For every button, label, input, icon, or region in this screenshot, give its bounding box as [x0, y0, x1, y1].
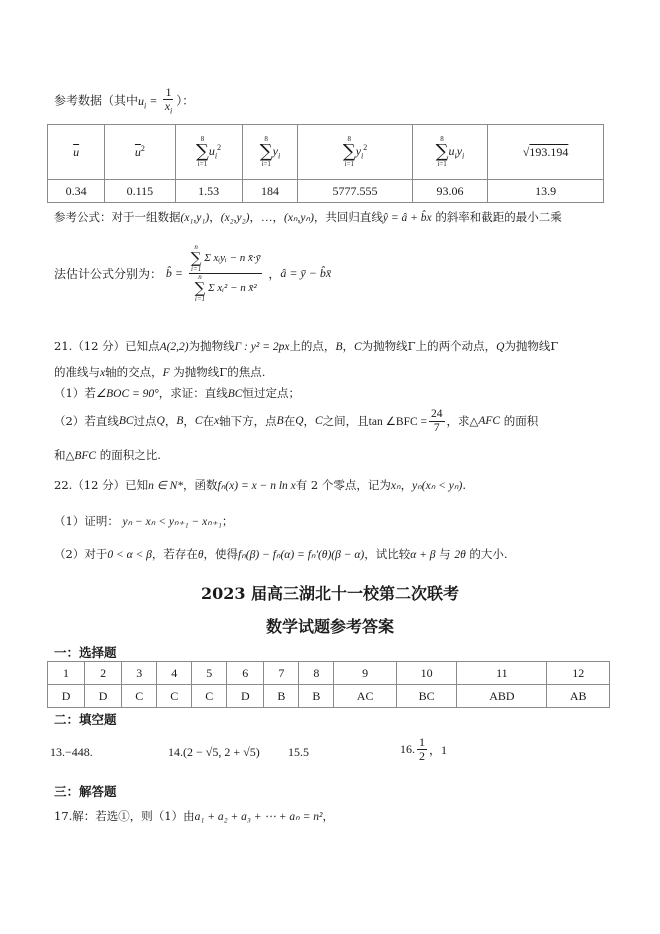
b-hat: b̂ =: [166, 266, 183, 280]
text: ，: [183, 414, 195, 428]
answer-cell: C: [192, 685, 227, 708]
text: 在: [284, 414, 296, 428]
q22-part2: （2）对于0 < α < β，若存在θ，使得fₙ(β) − fₙ(α) = fₙ…: [54, 546, 508, 562]
text: （2）对于: [54, 547, 107, 561]
text: ，求△: [447, 414, 479, 428]
answer-16: 16.12，1: [400, 736, 447, 763]
text: 的面积之比.: [100, 448, 161, 462]
text: 的准线与: [54, 365, 100, 379]
text: ，共回归直线: [314, 210, 383, 224]
sqrt-value: 193.194: [529, 145, 568, 159]
answer-cell: AC: [334, 685, 397, 708]
text: ，: [322, 809, 334, 823]
q21-part1: （1）若∠BOC = 90°，求证：直线BC恒过定点；: [54, 385, 300, 401]
question-number: 4: [157, 662, 192, 685]
text: 法估计公式分别为：: [54, 267, 162, 281]
answer-subtitle: 数学试题参考答案: [0, 614, 660, 637]
value-sum-y: 184: [242, 180, 298, 203]
value-u-bar-squared: 0.115: [105, 180, 175, 203]
solution-17-line: 17.解：若选①，则（1）由a₁ + a₂ + a₃ + ⋯ + aₙ = n²…: [54, 808, 334, 824]
section-multiple-choice-title: 一：选择题: [54, 643, 117, 661]
value-sum-u-squared: 1.53: [175, 180, 242, 203]
answer-cell: D: [85, 685, 122, 708]
answer-cell: BC: [396, 685, 456, 708]
fraction-denominator: 2: [417, 750, 427, 763]
value: ，1: [429, 743, 447, 757]
header-u-bar: u: [48, 125, 105, 180]
text: ，使得: [204, 547, 239, 561]
text: 有 2 个零点，记为: [296, 478, 391, 492]
fraction-numerator: 24: [429, 408, 445, 422]
answer-cell: AB: [547, 685, 610, 708]
table-header-row: u u2 8∑i=1ui2 8∑i=1yi 8∑i=1yi2 8∑i=1uiyi…: [48, 125, 604, 180]
header-sum-y: 8∑i=1yi: [242, 125, 298, 180]
sum-lower: i=1: [437, 161, 446, 168]
question-number-row: 1 2 3 4 5 6 7 8 9 10 11 12: [48, 662, 610, 685]
pair-2: (x₂,y₂): [221, 212, 250, 224]
tan-expression: tan ∠BFC =: [369, 416, 427, 428]
triangle-bfc: BFC: [74, 450, 96, 462]
point-a: A(2,2): [160, 341, 189, 353]
line-bc: BC: [119, 415, 134, 427]
function-def: fₙ(x) = x − n ln x: [218, 480, 296, 492]
angle-condition: ∠BOC = 90°: [96, 388, 159, 400]
q22-number: 22.（12 分）已知: [54, 478, 148, 492]
parabola: Γ : y² = 2px: [235, 341, 290, 353]
question-number: 7: [264, 662, 299, 685]
b-hat-fraction: n∑i=1 Σ xᵢyᵢ − n x̄·ȳ n∑i=1 Σ xᵢ² − n x̄…: [189, 244, 263, 303]
u-definition-fraction: 1xi: [163, 86, 175, 116]
triangle-afc: AFC: [478, 415, 500, 427]
answer-cell: ABD: [457, 685, 547, 708]
pair-1: (x₁,y₁): [181, 212, 210, 224]
answer-15: 15.5: [288, 745, 309, 760]
section-fill-blank-title: 二：填空题: [54, 710, 117, 728]
sum-lower: i=1: [198, 161, 207, 168]
text: .: [462, 478, 466, 492]
text: 轴的交点，: [105, 365, 163, 379]
answer-cell: C: [157, 685, 192, 708]
q21-part2-line2: 和△BFC 的面积之比.: [54, 447, 161, 463]
condition: 0 < α < β: [107, 549, 152, 561]
multiple-choice-answer-table: 1 2 3 4 5 6 7 8 9 10 11 12 D D C C C D B…: [47, 661, 610, 708]
value-sum-uy: 93.06: [412, 180, 487, 203]
regression-equation: ŷ = â + b̂x: [383, 212, 432, 224]
text: 与: [439, 547, 451, 561]
q21-line1: 21.（12 分）已知点A(2,2)为抛物线Γ : y² = 2px上的点，B，…: [54, 338, 558, 354]
q22-part1: （1）证明： yₙ − xₙ < yₙ₊₁ − xₙ₊₁；: [54, 513, 233, 529]
text: 为抛物线Γ: [504, 339, 558, 353]
q21-part2: （2）若直线BC过点Q，B，C在x轴下方，点B在Q，C之间，且tan ∠BFC …: [54, 408, 538, 434]
label-text: 参考数据（其中: [54, 94, 138, 108]
text: 的面积: [504, 414, 539, 428]
reference-formula-line2: 法估计公式分别为： b̂ = n∑i=1 Σ xᵢyᵢ − n x̄·ȳ n∑i…: [54, 244, 331, 303]
pair-n: (xₙ,yₙ): [284, 212, 314, 224]
answer-cell: B: [264, 685, 299, 708]
sum-lower: i=1: [195, 296, 205, 303]
two-theta: 2θ: [454, 549, 465, 561]
value-sqrt: 13.9: [488, 180, 604, 203]
ellipsis: …: [261, 212, 273, 224]
answer-title: 2023 届高三湖北十一校第二次联考: [0, 581, 660, 604]
label-end: ）：: [176, 94, 194, 108]
q21-number: 21.（12 分）已知点: [54, 339, 160, 353]
text: （2）若直线: [54, 414, 119, 428]
text: ，: [304, 414, 316, 428]
mean-value-eq: fₙ(β) − fₙ(α) = fₙ′(θ)(β − α): [238, 549, 364, 561]
question-number: 11: [457, 662, 547, 685]
reference-data-label: 参考数据（其中ui = 1xi）：: [54, 86, 194, 116]
question-number: 9: [334, 662, 397, 685]
sum-equation: a₁ + a₂ + a₃ + ⋯ + aₙ = n²: [195, 811, 323, 823]
header-sum-y-squared: 8∑i=1yi2: [298, 125, 412, 180]
label: 14.: [168, 745, 183, 759]
point-c: C: [315, 415, 323, 427]
text: 过点: [134, 414, 157, 428]
line-bc: BC: [228, 388, 243, 400]
text: 为抛物线: [189, 339, 235, 353]
text: （1）证明：: [54, 514, 119, 528]
sum-lower: i=1: [345, 161, 354, 168]
fraction-numerator: 1: [163, 86, 173, 100]
text: 的斜率和截距的最小二乘: [435, 210, 562, 224]
text: ，: [165, 414, 177, 428]
sum-lower: i=1: [191, 266, 201, 273]
denominator: Σ xᵢ² − n x̄²: [208, 282, 257, 294]
fraction-numerator: 1: [417, 736, 427, 750]
text: ，试比较: [364, 547, 410, 561]
table-value-row: 0.34 0.115 1.53 184 5777.555 93.06 13.9: [48, 180, 604, 203]
question-number: 2: [85, 662, 122, 685]
text: 为抛物线Γ上的两个动点，: [362, 339, 496, 353]
text: 参考公式：对于一组数据: [54, 210, 181, 224]
point-b: B: [277, 415, 284, 427]
text: 和△: [54, 448, 74, 462]
answer-cell: C: [122, 685, 157, 708]
sum-lower: i=1: [261, 161, 270, 168]
text: 为抛物线Γ的焦点.: [173, 365, 265, 379]
text: ，求证：直线: [159, 386, 228, 400]
text: ，函数: [183, 478, 218, 492]
header-u-bar-squared: u2: [105, 125, 175, 180]
fraction-denominator: 7: [432, 422, 442, 435]
text: ，: [342, 339, 354, 353]
inequality: yₙ − xₙ < yₙ₊₁ − xₙ₊₁: [122, 516, 221, 528]
text: 恒过定点；: [242, 386, 300, 400]
answer-row: D D C C C D B B AC BC ABD AB: [48, 685, 610, 708]
text: 的大小.: [469, 547, 507, 561]
value-sum-y-squared: 5777.555: [298, 180, 412, 203]
text: 之间，且: [323, 414, 369, 428]
answer-cell: B: [299, 685, 334, 708]
question-number: 6: [227, 662, 264, 685]
y-n: yₙ(xₙ < yₙ): [412, 480, 462, 492]
header-sum-u-squared: 8∑i=1ui2: [175, 125, 242, 180]
text: 上的点，: [289, 339, 335, 353]
text: ，若存在: [152, 547, 198, 561]
text: 在: [203, 414, 215, 428]
label: 16.: [400, 742, 415, 756]
point-c: C: [354, 341, 362, 353]
header-sum-uy: 8∑i=1uiyi: [412, 125, 487, 180]
point-f: F: [163, 367, 170, 379]
point-c: C: [195, 415, 203, 427]
question-number: 3: [122, 662, 157, 685]
answer-cell: D: [227, 685, 264, 708]
text: 轴下方，点: [219, 414, 277, 428]
text: ，: [401, 478, 413, 492]
value: (2 − √5, 2 + √5): [183, 745, 260, 759]
value-u-bar: 0.34: [48, 180, 105, 203]
question-number: 1: [48, 662, 85, 685]
text: 17.解：若选①，则（1）由: [54, 809, 195, 823]
n-condition: n ∈ N*: [148, 480, 183, 492]
x-n: xₙ: [391, 480, 401, 492]
text: （1）若: [54, 386, 96, 400]
answer-14: 14.(2 − √5, 2 + √5): [168, 745, 260, 760]
q22-line1: 22.（12 分）已知n ∈ N*，函数fₙ(x) = x − n ln x有 …: [54, 477, 466, 493]
alpha-plus-beta: α + β: [410, 549, 435, 561]
answer-cell: D: [48, 685, 85, 708]
question-number: 12: [547, 662, 610, 685]
point-q: Q: [295, 415, 303, 427]
text: ；: [222, 514, 234, 528]
question-number: 8: [299, 662, 334, 685]
point-q: Q: [157, 415, 165, 427]
answer-13: 13.−448.: [50, 745, 93, 760]
section-solutions-title: 三：解答题: [54, 782, 117, 800]
tan-fraction: 247: [429, 408, 445, 434]
a-hat-formula: â = ȳ − b̂x̄: [280, 266, 331, 280]
reference-data-table: u u2 8∑i=1ui2 8∑i=1yi 8∑i=1yi2 8∑i=1uiyi…: [47, 124, 604, 203]
numerator: Σ xᵢyᵢ − n x̄·ȳ: [204, 252, 260, 264]
q21-line2: 的准线与x轴的交点，F 为抛物线Γ的焦点.: [54, 364, 265, 380]
reference-formula-line1: 参考公式：对于一组数据(x₁,y₁)，(x₂,y₂)，…，(xₙ,yₙ)，共回归…: [54, 209, 562, 225]
header-sqrt: √193.194: [488, 125, 604, 180]
question-number: 5: [192, 662, 227, 685]
question-number: 10: [396, 662, 456, 685]
